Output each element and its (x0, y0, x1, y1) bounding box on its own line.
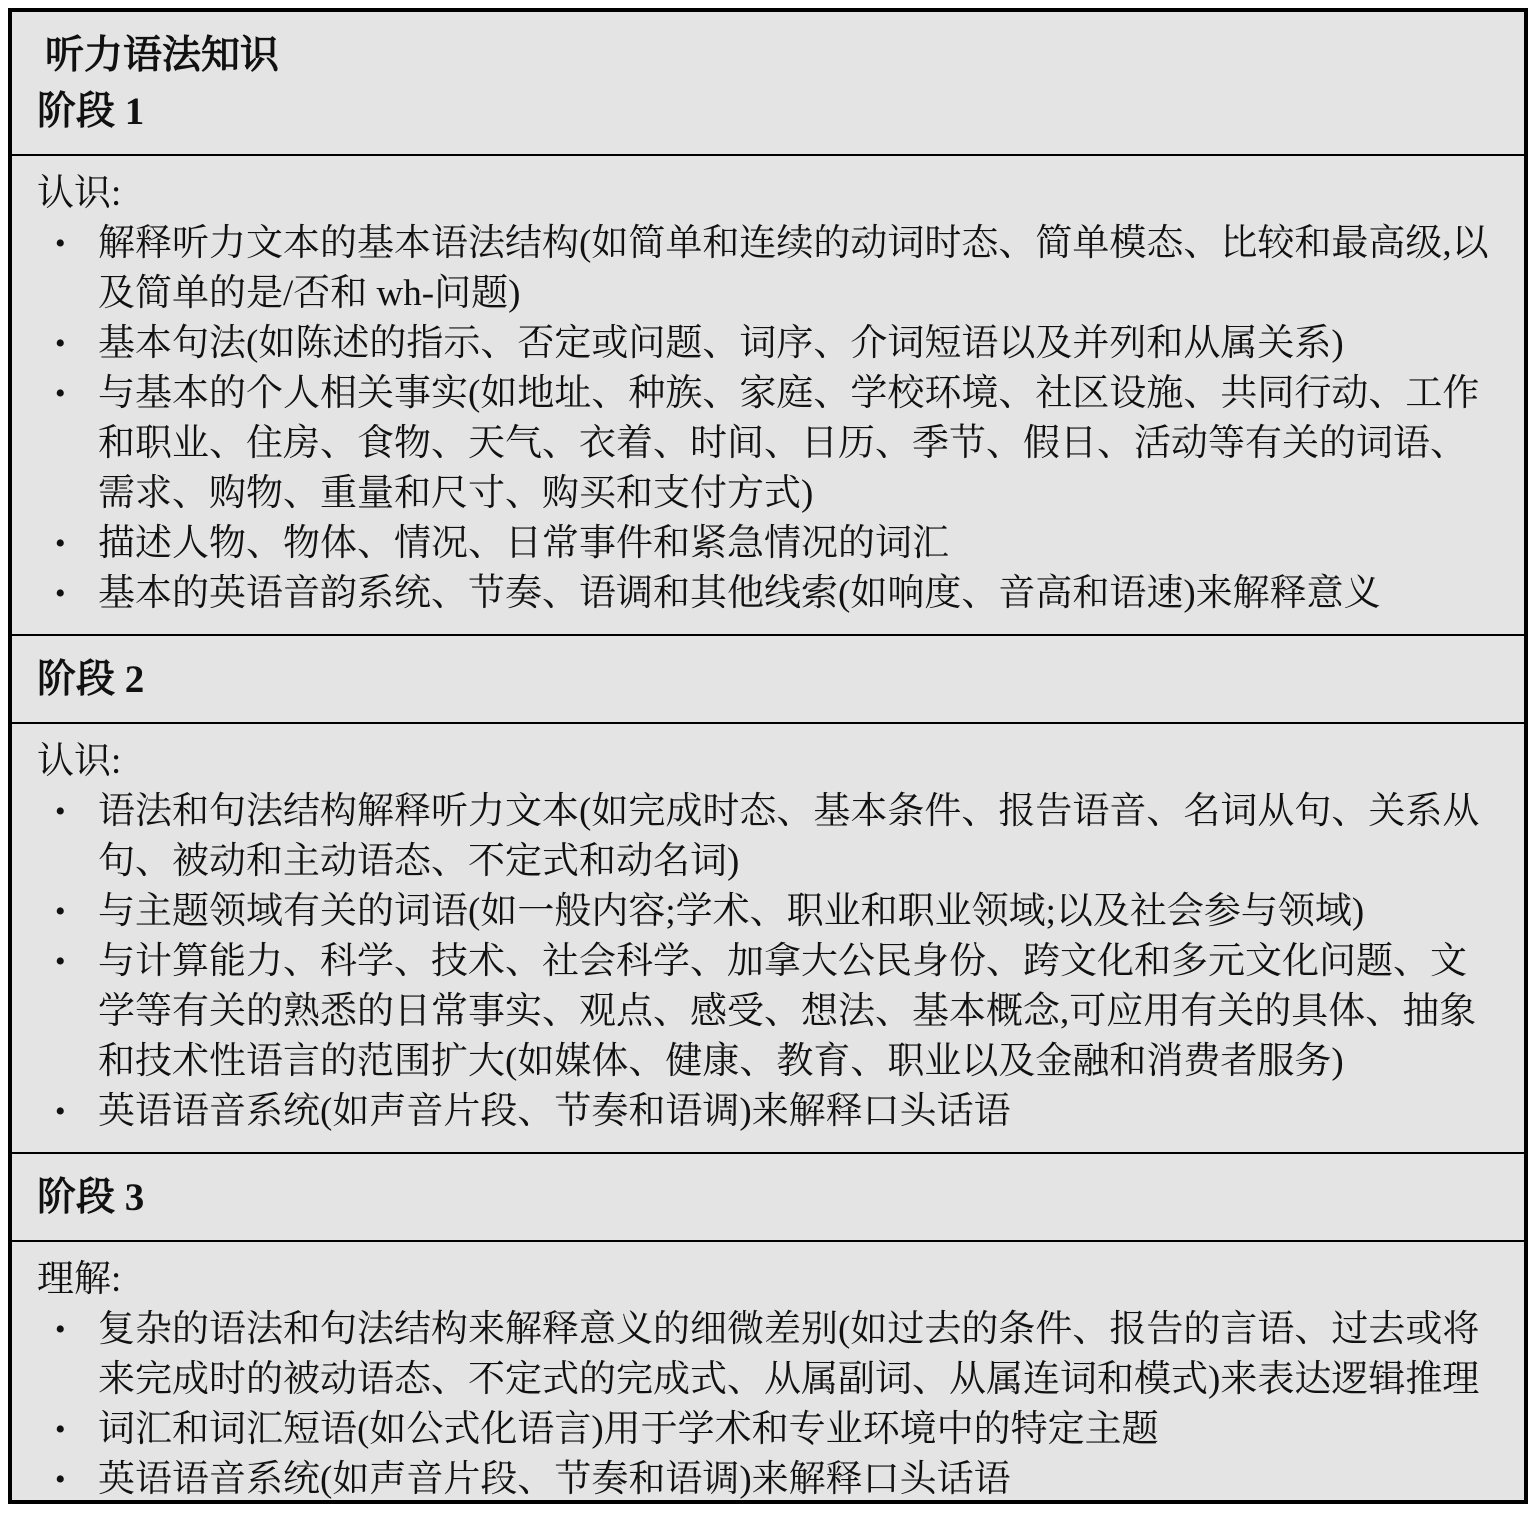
bullet-text: 解释听力文本的基本语法结构(如简单和连续的动词时态、简单模态、比较和最高级,以及… (98, 219, 1494, 319)
bullet-icon: • (37, 1405, 98, 1455)
bullet-icon: • (37, 569, 98, 619)
stage-3-content: 理解: • 复杂的语法和句法结构来解释意义的细微差别(如过去的条件、报告的言语、… (12, 1240, 1524, 1504)
list-item: • 基本的英语音韵系统、节奏、语调和其他线索(如响度、音高和语速)来解释意义 (37, 569, 1494, 619)
list-item: • 英语语音系统(如声音片段、节奏和语调)来解释口头话语 (37, 1087, 1494, 1137)
bullet-icon: • (37, 1087, 98, 1137)
list-item: • 基本句法(如陈述的指示、否定或问题、词序、介词短语以及并列和从属关系) (37, 319, 1494, 369)
bullet-icon: • (37, 1305, 98, 1355)
bullet-icon: • (37, 937, 98, 987)
stage-1-content: 认识: • 解释听力文本的基本语法结构(如简单和连续的动词时态、简单模态、比较和… (12, 154, 1524, 634)
bullet-text: 复杂的语法和句法结构来解释意义的细微差别(如过去的条件、报告的言语、过去或将来完… (98, 1305, 1494, 1405)
list-item: • 与主题领域有关的词语(如一般内容;学术、职业和职业领域;以及社会参与领域) (37, 887, 1494, 937)
stage-3-label: 阶段 3 (37, 1170, 1494, 1226)
bullet-icon: • (37, 369, 98, 419)
bullet-text: 与主题领域有关的词语(如一般内容;学术、职业和职业领域;以及社会参与领域) (98, 887, 1494, 937)
stage-3-header-row: 阶段 3 (12, 1152, 1524, 1240)
bullet-icon: • (37, 319, 98, 369)
bullet-text: 英语语音系统(如声音片段、节奏和语调)来解释口头话语 (98, 1087, 1494, 1137)
list-item: • 与计算能力、科学、技术、社会科学、加拿大公民身份、跨文化和多元文化问题、文学… (37, 937, 1494, 1087)
list-item: • 语法和句法结构解释听力文本(如完成时态、基本条件、报告语音、名词从句、关系从… (37, 787, 1494, 887)
bullet-text: 基本的英语音韵系统、节奏、语调和其他线索(如响度、音高和语速)来解释意义 (98, 569, 1494, 619)
stage-2-content: 认识: • 语法和句法结构解释听力文本(如完成时态、基本条件、报告语音、名词从句… (12, 722, 1524, 1152)
bullet-text: 与计算能力、科学、技术、社会科学、加拿大公民身份、跨文化和多元文化问题、文学等有… (98, 937, 1494, 1087)
stage-1-lead: 认识: (37, 169, 1494, 219)
stage-2-label: 阶段 2 (37, 652, 1494, 708)
stage-2-header-row: 阶段 2 (12, 634, 1524, 722)
table-header-row: 听力语法知识 阶段 1 (12, 12, 1524, 154)
bullet-icon: • (37, 219, 98, 269)
stage-2-lead: 认识: (37, 737, 1494, 787)
bullet-icon: • (37, 887, 98, 937)
stage-1-bullet-list: • 解释听力文本的基本语法结构(如简单和连续的动词时态、简单模态、比较和最高级,… (37, 219, 1494, 619)
bullet-text: 基本句法(如陈述的指示、否定或问题、词序、介词短语以及并列和从属关系) (98, 319, 1494, 369)
stage-2-bullet-list: • 语法和句法结构解释听力文本(如完成时态、基本条件、报告语音、名词从句、关系从… (37, 787, 1494, 1137)
stage-1-label: 阶段 1 (37, 84, 1494, 140)
list-item: • 复杂的语法和句法结构来解释意义的细微差别(如过去的条件、报告的言语、过去或将… (37, 1305, 1494, 1405)
bullet-text: 语法和句法结构解释听力文本(如完成时态、基本条件、报告语音、名词从句、关系从句、… (98, 787, 1494, 887)
bullet-icon: • (37, 787, 98, 837)
list-item: • 描述人物、物体、情况、日常事件和紧急情况的词汇 (37, 519, 1494, 569)
table-title: 听力语法知识 (45, 28, 1494, 84)
list-item: • 解释听力文本的基本语法结构(如简单和连续的动词时态、简单模态、比较和最高级,… (37, 219, 1494, 319)
bullet-text: 英语语音系统(如声音片段、节奏和语调)来解释口头话语 (98, 1455, 1494, 1504)
list-item: • 词汇和词汇短语(如公式化语言)用于学术和专业环境中的特定主题 (37, 1405, 1494, 1455)
list-item: • 英语语音系统(如声音片段、节奏和语调)来解释口头话语 (37, 1455, 1494, 1504)
bullet-text: 与基本的个人相关事实(如地址、种族、家庭、学校环境、社区设施、共同行动、工作和职… (98, 369, 1494, 519)
list-item: • 与基本的个人相关事实(如地址、种族、家庭、学校环境、社区设施、共同行动、工作… (37, 369, 1494, 519)
bullet-text: 词汇和词汇短语(如公式化语言)用于学术和专业环境中的特定主题 (98, 1405, 1494, 1455)
bullet-icon: • (37, 519, 98, 569)
knowledge-table: 听力语法知识 阶段 1 认识: • 解释听力文本的基本语法结构(如简单和连续的动… (8, 8, 1528, 1504)
bullet-icon: • (37, 1455, 98, 1504)
stage-3-bullet-list: • 复杂的语法和句法结构来解释意义的细微差别(如过去的条件、报告的言语、过去或将… (37, 1305, 1494, 1504)
stage-3-lead: 理解: (37, 1255, 1494, 1305)
bullet-text: 描述人物、物体、情况、日常事件和紧急情况的词汇 (98, 519, 1494, 569)
